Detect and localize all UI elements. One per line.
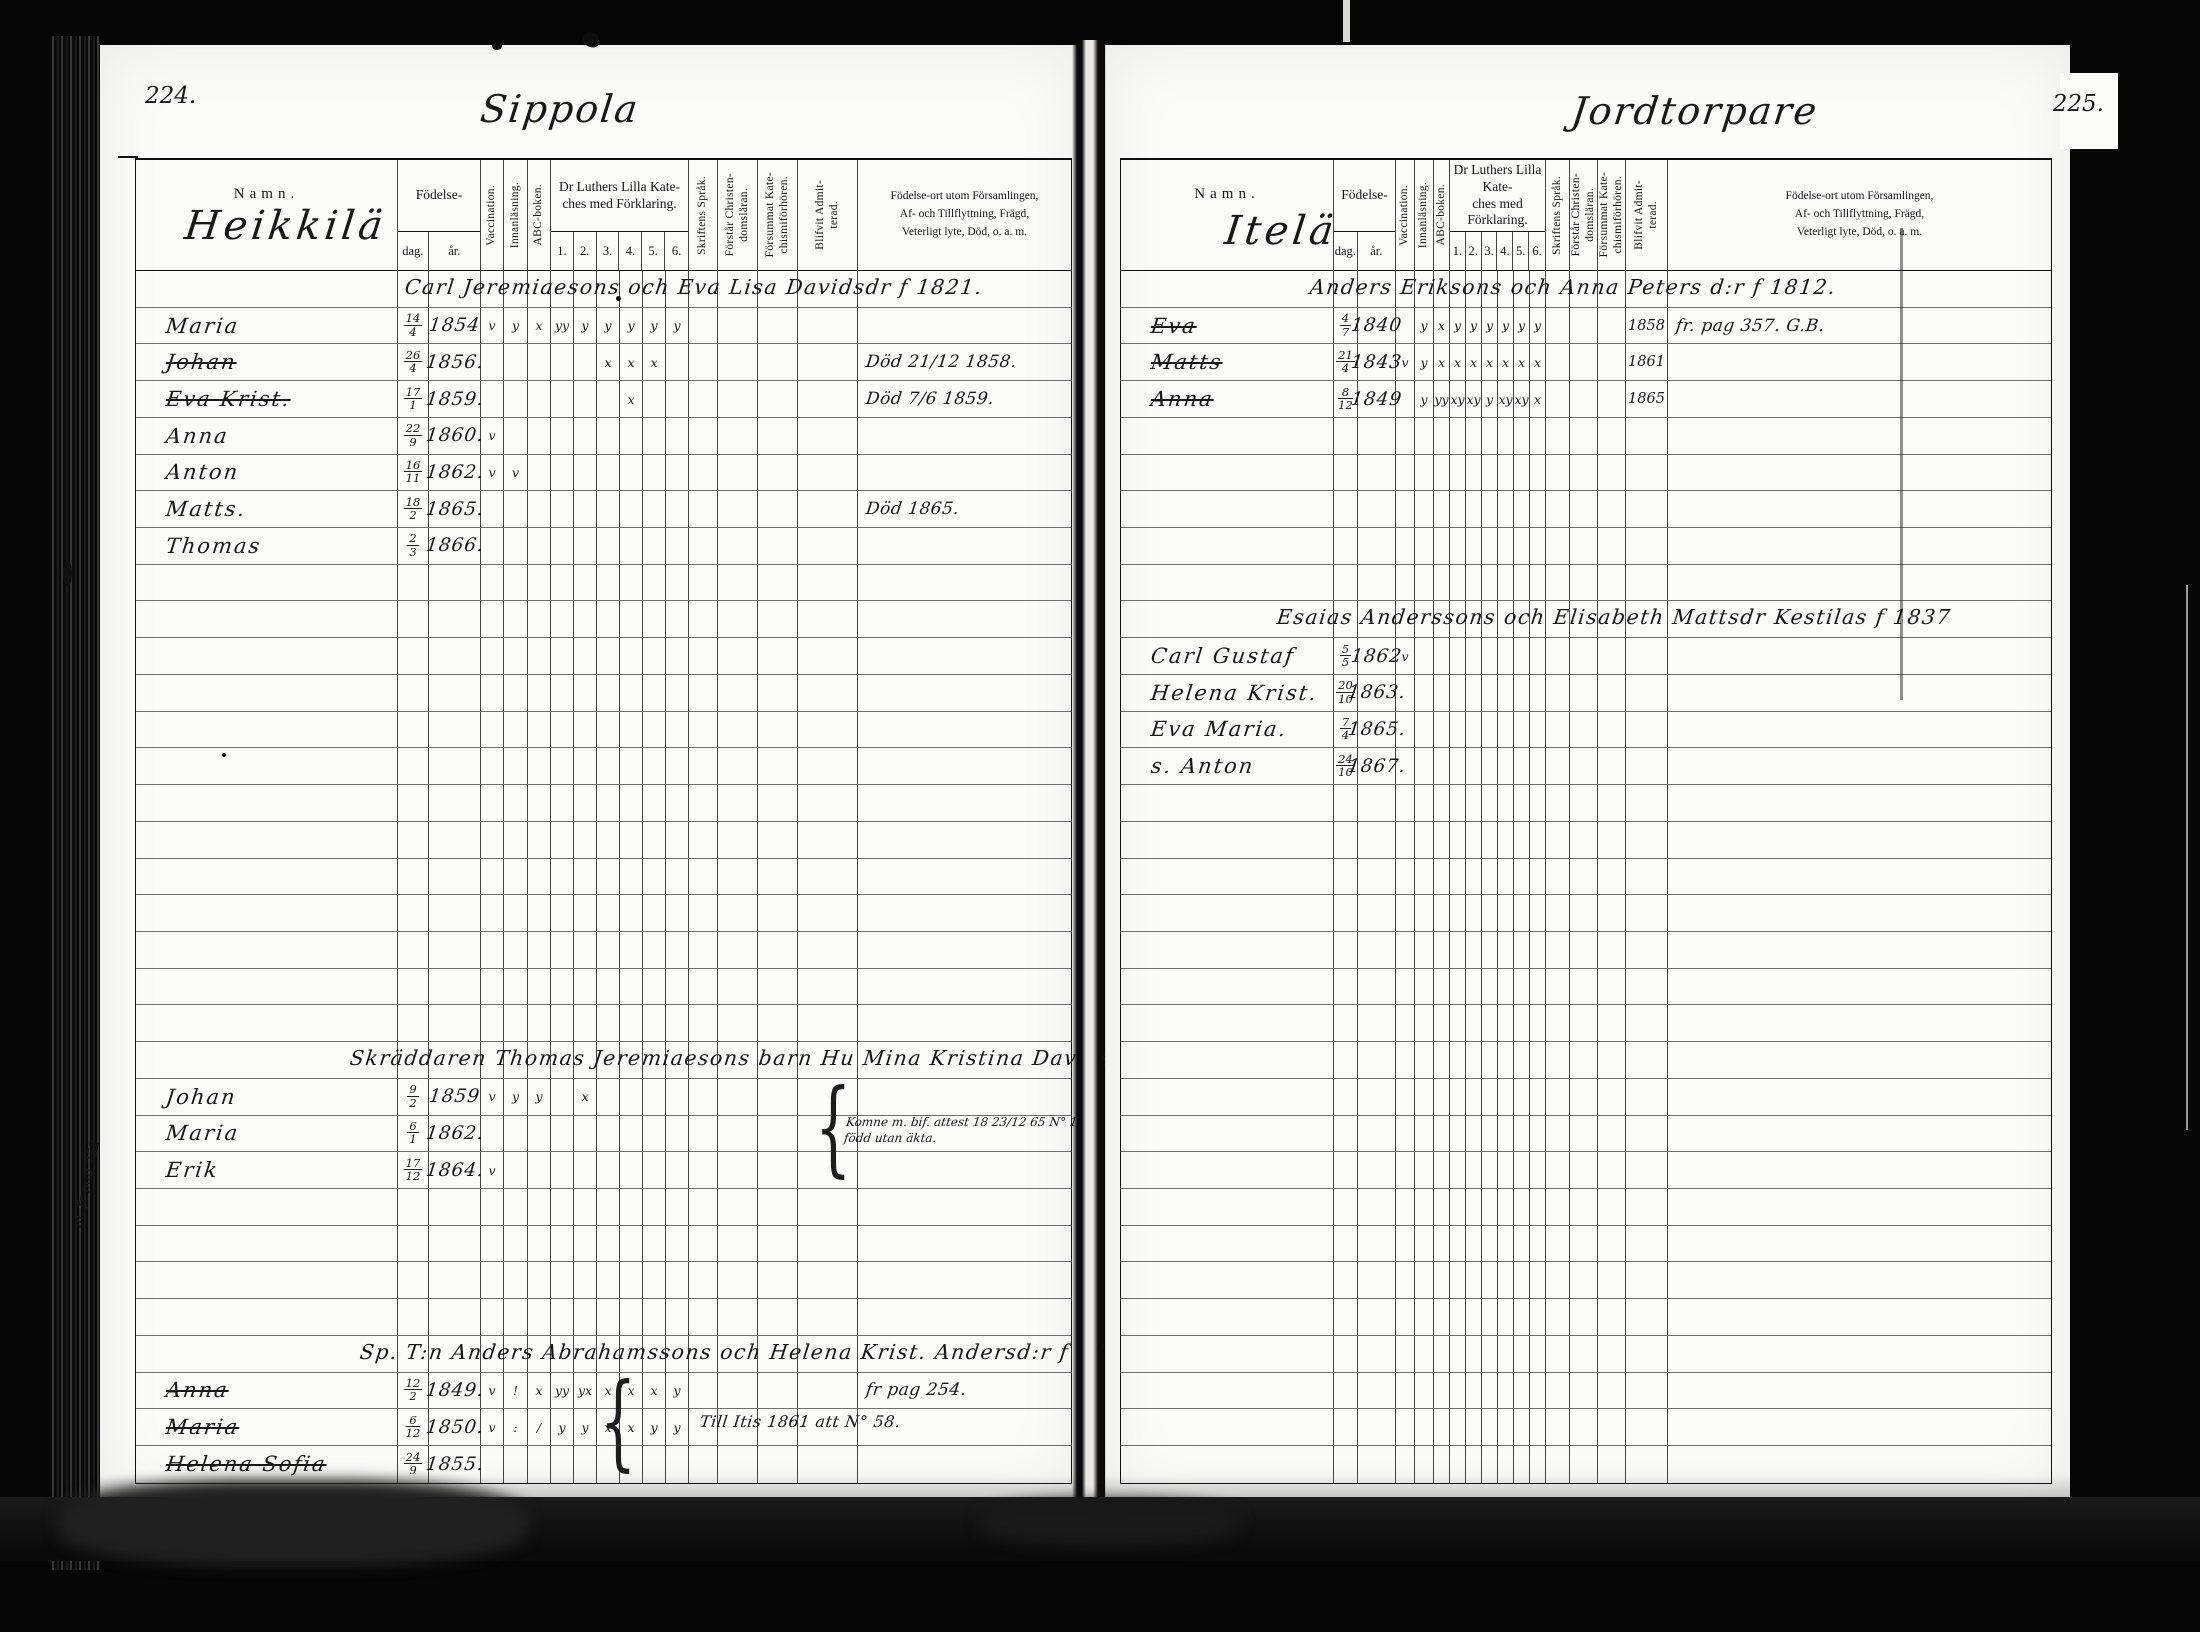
- cell: [429, 895, 481, 931]
- cell: [398, 932, 429, 968]
- cell: [1434, 969, 1450, 1005]
- cell: [1358, 859, 1396, 895]
- cell: [689, 381, 718, 417]
- column-header-label: Försummat Kate-: [764, 172, 777, 257]
- cell: [1498, 1189, 1514, 1225]
- cell: v: [481, 418, 504, 454]
- cell: [551, 895, 574, 931]
- cell: 1855.: [429, 1446, 481, 1483]
- cell: [858, 455, 1071, 491]
- column-header-fodelse: Födelse-dag.år.: [1334, 160, 1396, 270]
- cell: [1626, 895, 1668, 931]
- cell: [666, 1116, 689, 1152]
- cell: [1570, 1079, 1598, 1115]
- cell: [1466, 1042, 1482, 1078]
- cell: v: [481, 1409, 504, 1445]
- cell: [481, 1336, 504, 1372]
- cell: [1570, 344, 1598, 380]
- cell: [1530, 712, 1546, 748]
- katekes-grade-4: 4.: [619, 232, 642, 270]
- cell: [758, 748, 798, 784]
- cell: [136, 1226, 398, 1262]
- cell: [1570, 785, 1598, 821]
- cell: [528, 344, 551, 380]
- cell: [858, 1189, 1071, 1225]
- cell: [1396, 785, 1415, 821]
- cell: [1626, 1336, 1668, 1372]
- cell: [1514, 528, 1530, 564]
- cell: [504, 601, 528, 637]
- cell: [1546, 675, 1570, 711]
- cell: [1598, 822, 1626, 858]
- cell: [620, 1336, 643, 1372]
- person-name: Eva Maria.: [1150, 717, 1289, 741]
- cell: [1570, 969, 1598, 1005]
- cell: [1358, 895, 1396, 931]
- cell: [798, 895, 858, 931]
- cell: x: [620, 1409, 643, 1445]
- birth-year: 1866.: [424, 535, 485, 556]
- cell: [574, 565, 597, 601]
- cell: x: [620, 381, 643, 417]
- exam-mark: x: [1534, 392, 1541, 407]
- cell: [1466, 969, 1482, 1005]
- cell: [1546, 638, 1570, 674]
- katekes-label-line1: Dr Luthers Lilla Kate-: [1450, 162, 1545, 196]
- cell: [758, 1299, 798, 1335]
- cell: [574, 344, 597, 380]
- cell: [1466, 1226, 1482, 1262]
- cell: [858, 969, 1071, 1005]
- cell: [758, 895, 798, 931]
- birth-day: 61: [407, 1121, 418, 1146]
- cell: [1415, 1299, 1434, 1335]
- cell: [1334, 1262, 1358, 1298]
- cell: [1598, 1116, 1626, 1152]
- cell: [1570, 675, 1598, 711]
- register-row: [136, 271, 1071, 308]
- cell: xy: [1450, 381, 1466, 417]
- cell: [758, 565, 798, 601]
- cell: 612: [398, 1409, 429, 1445]
- cell: [1482, 601, 1498, 637]
- cell: [1498, 859, 1514, 895]
- cell: [666, 271, 689, 307]
- cell: [1514, 1116, 1530, 1152]
- cell: [1514, 785, 1530, 821]
- cell: [1482, 1373, 1498, 1409]
- cell: [1668, 1373, 2051, 1409]
- cell: [1434, 1373, 1450, 1409]
- cell: y: [666, 1373, 689, 1409]
- birth-year: 1864.: [424, 1160, 485, 1181]
- book-edge: [50, 36, 100, 1570]
- cell: [1668, 859, 2051, 895]
- cell: 1850.: [429, 1409, 481, 1445]
- cell: [481, 1446, 504, 1483]
- person-name: Helena Sofia: [165, 1452, 329, 1476]
- cell: [1530, 1409, 1546, 1445]
- cell: [666, 895, 689, 931]
- birth-day-numerator: 22: [404, 423, 423, 436]
- cell: x: [1530, 381, 1546, 417]
- cell: [1450, 1079, 1466, 1115]
- cell: [1121, 1336, 1334, 1372]
- cell: [481, 1116, 504, 1152]
- birth-day: 1611: [404, 460, 423, 485]
- register-row: [136, 638, 1071, 675]
- cell: [666, 1336, 689, 1372]
- cell: [1598, 1262, 1626, 1298]
- cell: [1546, 1409, 1570, 1445]
- cell: [798, 859, 858, 895]
- cell: Död 7/6 1859.: [858, 381, 1071, 417]
- cell: [597, 1152, 620, 1188]
- cell: [718, 1189, 758, 1225]
- cell: [620, 271, 643, 307]
- register-row: [136, 1042, 1071, 1079]
- cell: [528, 1042, 551, 1078]
- register-row: [136, 675, 1071, 712]
- cell: [1546, 491, 1570, 527]
- cell: Matts: [1121, 344, 1334, 380]
- cell: [1334, 1116, 1358, 1152]
- cell: [551, 344, 574, 380]
- cell: [597, 859, 620, 895]
- cell: [798, 932, 858, 968]
- cell: [1626, 932, 1668, 968]
- cell: y: [643, 1409, 666, 1445]
- cell: [1450, 1042, 1466, 1078]
- cell: [1358, 271, 1396, 307]
- register-row: [136, 1189, 1071, 1226]
- cell: [574, 932, 597, 968]
- cell: [1334, 969, 1358, 1005]
- table-body: Eva471840yxyyyyyy1858fr. pag 357. G.B.Ma…: [1121, 271, 2051, 1483]
- cell: [1626, 638, 1668, 674]
- cell: [689, 455, 718, 491]
- cell: [504, 1116, 528, 1152]
- ar-label: år.: [1358, 232, 1395, 270]
- cell: [1598, 932, 1626, 968]
- cell: y: [1415, 381, 1434, 417]
- cell: [1626, 1005, 1668, 1041]
- cell: [528, 565, 551, 601]
- cell: [1514, 565, 1530, 601]
- cell: [666, 1042, 689, 1078]
- exam-mark: y: [558, 1420, 565, 1435]
- cell: xy: [1498, 381, 1514, 417]
- cell: [1334, 418, 1358, 454]
- register-row: [136, 822, 1071, 859]
- cell: [1530, 418, 1546, 454]
- cell: [574, 491, 597, 527]
- exam-mark: y: [535, 1089, 542, 1104]
- cell: [398, 675, 429, 711]
- exam-mark: y: [673, 1420, 680, 1435]
- exam-mark: y: [1454, 318, 1461, 333]
- exam-mark: y: [1420, 355, 1427, 370]
- register-row: s. Anton24101867.: [1121, 748, 2051, 785]
- exam-mark: xy: [1514, 392, 1528, 407]
- column-header-blifvit-admitterad: Blifvit Admit-terad.: [1626, 160, 1668, 270]
- cell: [689, 895, 718, 931]
- cell: [136, 601, 398, 637]
- cell: [1121, 1042, 1334, 1078]
- cell: [689, 601, 718, 637]
- cell: [689, 344, 718, 380]
- cell: [1598, 1079, 1626, 1115]
- cell: [643, 528, 666, 564]
- cell: [481, 1226, 504, 1262]
- cell: [429, 859, 481, 895]
- cell: 1863.: [1358, 675, 1396, 711]
- register-table-right: Namn.Födelse-dag.år.Vaccination.Innanläs…: [1120, 158, 2052, 1484]
- cell: [1570, 1152, 1598, 1188]
- register-row: Maria611862.: [136, 1116, 1071, 1153]
- cell: [1530, 748, 1546, 784]
- cell: [1121, 1373, 1334, 1409]
- cell: [1498, 565, 1514, 601]
- cell: [1598, 895, 1626, 931]
- cell: [666, 1446, 689, 1483]
- cell: [1598, 859, 1626, 895]
- person-name: Maria: [165, 314, 241, 338]
- cell: [1482, 1189, 1498, 1225]
- cell: Johan: [136, 344, 398, 380]
- cell: [1434, 1189, 1450, 1225]
- cell: [1358, 491, 1396, 527]
- right-page-title: Jordtorpare: [1472, 89, 1917, 133]
- cell: [1498, 491, 1514, 527]
- birth-month-denominator: 1: [404, 399, 423, 412]
- cell: [1396, 1262, 1415, 1298]
- column-header-label: domsläran.: [1584, 188, 1597, 242]
- register-row: Anton16111862.vv: [136, 455, 1071, 492]
- cell: [1482, 895, 1498, 931]
- cell: [1434, 271, 1450, 307]
- cell: [1466, 1079, 1482, 1115]
- cell: [1450, 528, 1466, 564]
- register-row: Helena Sofia2491855.: [136, 1446, 1071, 1483]
- register-row: [1121, 455, 2051, 492]
- birth-month-denominator: 4: [404, 326, 423, 339]
- cell: [858, 675, 1071, 711]
- cell: [1598, 712, 1626, 748]
- birth-day-numerator: 14: [404, 313, 423, 326]
- cell: Helena Sofia: [136, 1446, 398, 1483]
- cell: [1514, 1262, 1530, 1298]
- birth-day-numerator: 4: [1340, 313, 1351, 326]
- cell: [398, 565, 429, 601]
- cell: [689, 1152, 718, 1188]
- cell: [758, 271, 798, 307]
- fodelse-label: Födelse-: [1334, 160, 1395, 231]
- cell: [798, 1299, 858, 1335]
- cell: [597, 1079, 620, 1115]
- exam-mark: x: [1438, 355, 1445, 370]
- cell: [1598, 271, 1626, 307]
- cell: [1434, 822, 1450, 858]
- cell: [1514, 418, 1530, 454]
- cell: [758, 969, 798, 1005]
- column-header-forstar-christendomslaran: Förstår Christen-domsläran.: [1570, 160, 1598, 270]
- register-row: [1121, 785, 2051, 822]
- birth-year: 1860.: [424, 425, 485, 446]
- cell: [504, 528, 528, 564]
- cell: [620, 1262, 643, 1298]
- cell: [1334, 1042, 1358, 1078]
- cell: [551, 638, 574, 674]
- cell: [504, 1446, 528, 1483]
- cell: [798, 491, 858, 527]
- cell: [758, 675, 798, 711]
- cell: [1626, 712, 1668, 748]
- cell: 1849.: [429, 1373, 481, 1409]
- cell: x: [597, 344, 620, 380]
- cell: [643, 748, 666, 784]
- cell: [398, 1226, 429, 1262]
- exam-mark: y: [1420, 318, 1427, 333]
- cell: [1570, 491, 1598, 527]
- birth-year: 1850.: [424, 1417, 485, 1438]
- cell: [136, 1042, 398, 1078]
- cell: [1668, 895, 2051, 931]
- cell: [1598, 418, 1626, 454]
- cell: [1415, 1336, 1434, 1372]
- exam-mark: y: [512, 1089, 519, 1104]
- cell: [481, 1299, 504, 1335]
- register-row: [1121, 1409, 2051, 1446]
- cell: [1466, 712, 1482, 748]
- cell: [1546, 1152, 1570, 1188]
- cell: [528, 1446, 551, 1483]
- cell: [597, 271, 620, 307]
- birth-day: 1712: [404, 1158, 423, 1183]
- cell: [1546, 969, 1570, 1005]
- cell: [1546, 308, 1570, 344]
- cell: [1434, 859, 1450, 895]
- person-name: Johan: [165, 350, 239, 374]
- cell: [643, 969, 666, 1005]
- cell: [1434, 418, 1450, 454]
- cell: [481, 748, 504, 784]
- cell: [574, 271, 597, 307]
- cell: [643, 601, 666, 637]
- cell: [1482, 271, 1498, 307]
- cell: [1450, 859, 1466, 895]
- namn-label: Namn.: [1194, 186, 1259, 203]
- cell: [429, 271, 481, 307]
- birth-day: 229: [404, 423, 423, 448]
- cell: [551, 1299, 574, 1335]
- cell: x: [597, 1409, 620, 1445]
- cell: [1334, 1226, 1358, 1262]
- register-row: [1121, 601, 2051, 638]
- cell: [1415, 601, 1434, 637]
- birth-year: 1856.: [424, 352, 485, 373]
- cell: [1121, 565, 1334, 601]
- cell: [620, 1042, 643, 1078]
- cell: [1668, 638, 2051, 674]
- cell: [528, 785, 551, 821]
- cell: [1121, 601, 1334, 637]
- cell: [798, 1373, 858, 1409]
- cell: [398, 1005, 429, 1041]
- cell: [1415, 822, 1434, 858]
- cell: [1668, 1336, 2051, 1372]
- cell: [1434, 638, 1450, 674]
- cell: [758, 1042, 798, 1078]
- cell: [1396, 932, 1415, 968]
- cell: [1466, 822, 1482, 858]
- cell: [758, 1446, 798, 1483]
- cell: 1712: [398, 1152, 429, 1188]
- cell: [1396, 1373, 1415, 1409]
- exam-mark: yy: [555, 318, 569, 333]
- cell: [1498, 1409, 1514, 1445]
- table-header: Namn.Födelse-dag.år.Vaccination.Innanläs…: [1121, 160, 2051, 271]
- cell: [1598, 528, 1626, 564]
- cell: [574, 418, 597, 454]
- cell: [1570, 1005, 1598, 1041]
- cell: [1498, 1079, 1514, 1115]
- cell: [1514, 1409, 1530, 1445]
- cell: [1358, 1446, 1396, 1483]
- cell: [1121, 418, 1334, 454]
- cell: [1334, 1189, 1358, 1225]
- cell: [1546, 1336, 1570, 1372]
- cell: [574, 748, 597, 784]
- cell: v: [481, 455, 504, 491]
- cell: [504, 712, 528, 748]
- cell: [1466, 1446, 1482, 1483]
- margin-remark: Död 7/6 1859.: [865, 389, 996, 409]
- cell: [1450, 1005, 1466, 1041]
- cell: [1482, 491, 1498, 527]
- scan-streak: [1343, 0, 1350, 42]
- birth-month-denominator: 9: [404, 1464, 423, 1477]
- cell: [1358, 565, 1396, 601]
- cell: [689, 932, 718, 968]
- cell: [1546, 565, 1570, 601]
- cell: [798, 271, 858, 307]
- birth-year: 1855.: [424, 1454, 485, 1475]
- cell: [1358, 1152, 1396, 1188]
- birth-year: 1865.: [1346, 719, 1407, 740]
- cell: [1121, 785, 1334, 821]
- cell: [1498, 969, 1514, 1005]
- register-row: Eva Maria.741865.: [1121, 712, 2051, 749]
- katekes-label-line2: ches med Förklaring.: [1450, 196, 1545, 230]
- cell: [620, 1299, 643, 1335]
- cell: [798, 822, 858, 858]
- cell: [718, 455, 758, 491]
- register-row: Eva471840yxyyyyyy1858fr. pag 357. G.B.: [1121, 308, 2051, 345]
- cell: [1396, 601, 1415, 637]
- cell: [1546, 1189, 1570, 1225]
- cell: [666, 528, 689, 564]
- exam-mark: x: [1534, 355, 1541, 370]
- cell: [136, 1299, 398, 1335]
- cell: [1514, 1042, 1530, 1078]
- cell: [1450, 932, 1466, 968]
- cell: [1434, 1299, 1450, 1335]
- cell: [718, 1226, 758, 1262]
- cell: [136, 1262, 398, 1298]
- column-header-notes: Födelse-ort utom Församlingen,Af- och Ti…: [1668, 160, 2051, 270]
- column-header-label: terad.: [828, 201, 841, 229]
